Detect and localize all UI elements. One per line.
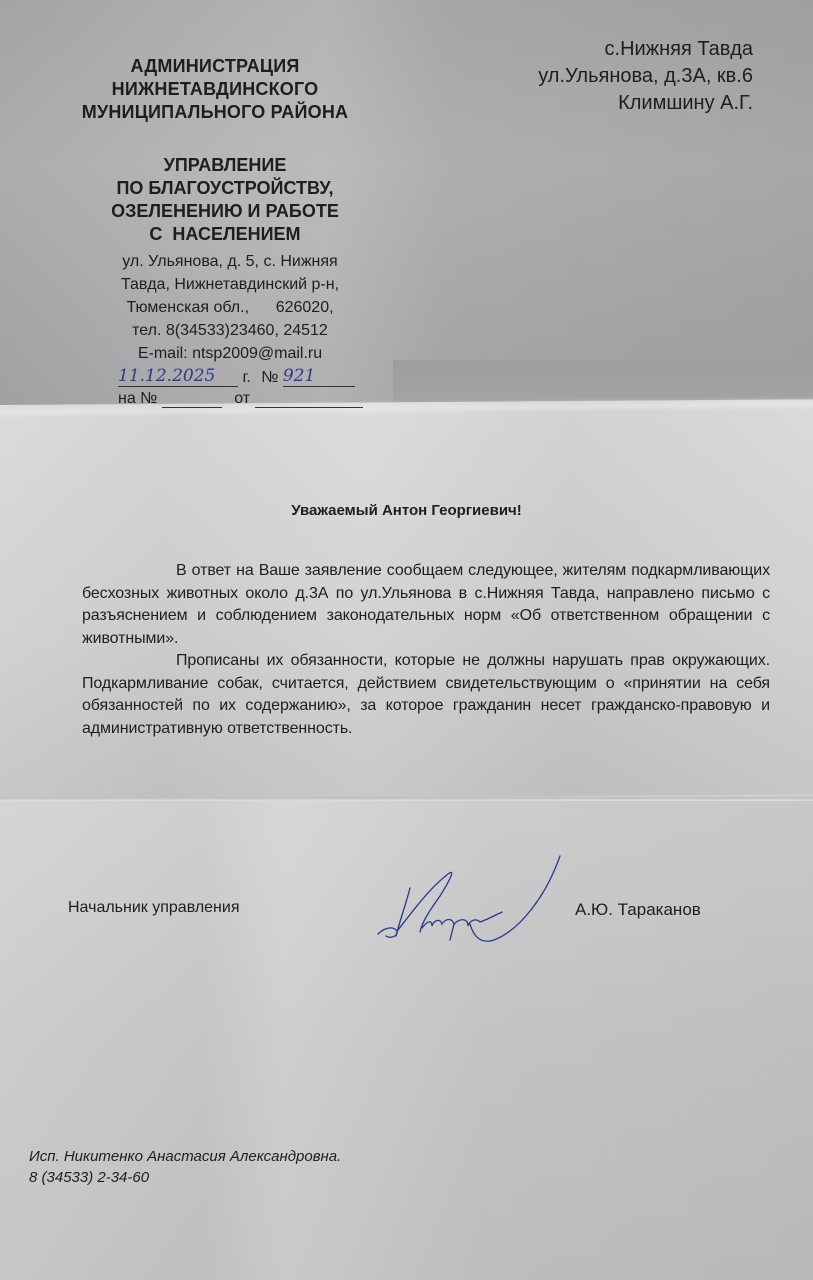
year-suffix: г. <box>242 369 250 386</box>
handwritten-number: 921 <box>283 366 315 386</box>
salutation: Уважаемый Антон Георгиевич! <box>0 502 813 519</box>
dept-line: УПРАВЛЕНИЕ <box>75 154 375 177</box>
executor-info: Исп. Никитенко Анастасия Александровна. … <box>29 1146 341 1188</box>
address-line: Тавда, Нижнетавдинский р-н, <box>85 273 375 296</box>
fold-crease-2 <box>0 797 813 801</box>
dept-line: ПО БЛАГОУСТРОЙСТВУ, <box>75 177 375 200</box>
reply-to-label: на № <box>118 390 157 407</box>
number-field: 921 <box>283 366 355 387</box>
organization-name: АДМИНИСТРАЦИЯ НИЖНЕТАВДИНСКОГО МУНИЦИПАЛ… <box>55 55 375 124</box>
recipient-name: Климшину А.Г. <box>538 90 753 117</box>
registration-line: 11.12.2025 г. № 921 <box>118 366 355 387</box>
signatory-name: А.Ю. Тараканов <box>575 900 701 920</box>
signatory-title: Начальник управления <box>68 899 240 917</box>
sender-address: ул. Ульянова, д. 5, с. Нижняя Тавда, Ниж… <box>55 250 375 365</box>
recipient-line: с.Нижняя Тавда <box>538 36 753 63</box>
phone-line: тел. 8(34533)23460, 24512 <box>85 319 375 342</box>
org-line: МУНИЦИПАЛЬНОГО РАЙОНА <box>55 101 375 124</box>
org-line: НИЖНЕТАВДИНСКОГО <box>55 78 375 101</box>
executor-name: Исп. Никитенко Анастасия Александровна. <box>29 1146 341 1167</box>
address-line: Тюменская обл., 626020, <box>85 296 375 319</box>
date-field: 11.12.2025 <box>118 366 238 387</box>
dept-line: С НАСЕЛЕНИЕМ <box>75 223 375 246</box>
dept-line: ОЗЕЛЕНЕНИЮ И РАБОТЕ <box>75 200 375 223</box>
body-paragraph: Прописаны их обязанности, которые не дол… <box>82 650 770 740</box>
number-label: № <box>261 369 278 386</box>
org-line: АДМИНИСТРАЦИЯ <box>55 55 375 78</box>
executor-phone: 8 (34533) 2-34-60 <box>29 1167 341 1188</box>
reply-reference-line: на № от <box>118 390 363 408</box>
address-line: ул. Ульянова, д. 5, с. Нижняя <box>85 250 375 273</box>
reply-from-label: от <box>234 390 250 407</box>
handwritten-date: 11.12.2025 <box>118 366 215 386</box>
recipient-line: ул.Ульянова, д.3А, кв.6 <box>538 63 753 90</box>
reply-date-field <box>255 393 363 408</box>
department-name: УПРАВЛЕНИЕ ПО БЛАГОУСТРОЙСТВУ, ОЗЕЛЕНЕНИ… <box>55 154 375 246</box>
signature-icon <box>370 848 580 948</box>
letterhead: АДМИНИСТРАЦИЯ НИЖНЕТАВДИНСКОГО МУНИЦИПАЛ… <box>55 55 375 365</box>
body-paragraph: В ответ на Ваше заявление сообщаем следу… <box>82 560 770 650</box>
email-line: E-mail: ntsp2009@mail.ru <box>85 342 375 365</box>
letter-body: В ответ на Ваше заявление сообщаем следу… <box>82 560 770 740</box>
recipient-address: с.Нижняя Тавда ул.Ульянова, д.3А, кв.6 К… <box>538 36 753 117</box>
reply-number-field <box>162 393 222 408</box>
